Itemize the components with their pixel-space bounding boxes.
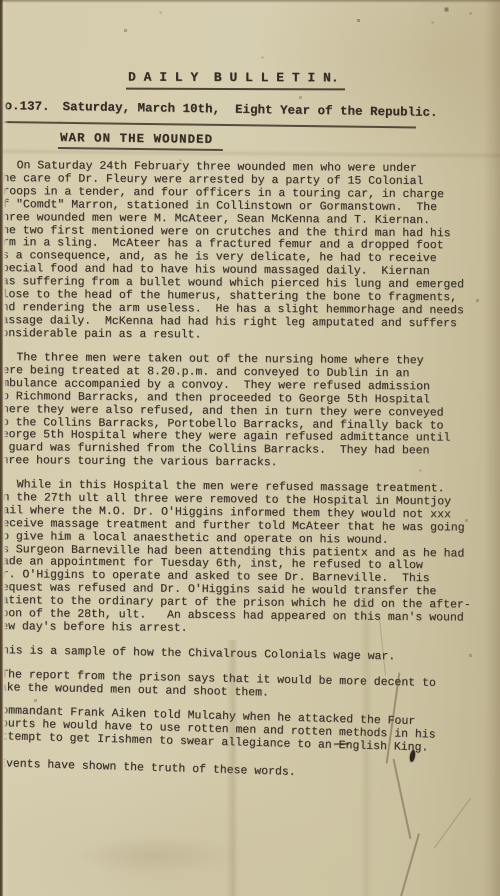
paper-specks [0,0,1,1]
date-text: Saturday, March 10th, Eight Year of the … [62,100,437,120]
scanned-document-page: D A I L Y B U L L E T I N. No.137. Satur… [0,0,500,896]
page-right-edge [484,0,500,896]
page-title: D A I L Y B U L L E T I N. [126,70,345,91]
page-left-edge [0,0,8,896]
paper-stain [70,835,240,875]
vertical-fold-right [360,590,373,896]
